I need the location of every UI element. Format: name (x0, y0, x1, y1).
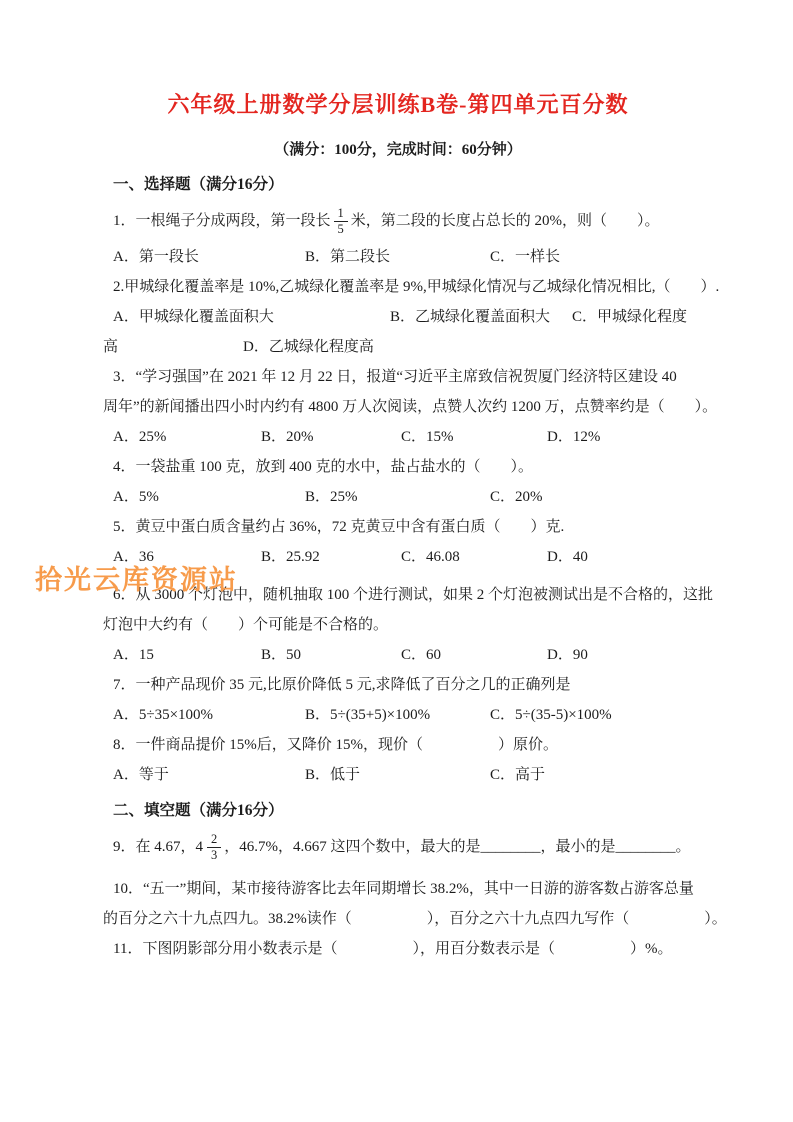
document-body: 六年级上册数学分层训练B卷-第四单元百分数 （满分：100分，完成时间：60分钟… (0, 0, 793, 1122)
q3-option-b: B．20% (261, 422, 401, 452)
q5-option-d: D．40 (547, 542, 693, 572)
question-3-options: A．25% B．20% C．15% D．12% (103, 422, 693, 452)
question-10-text-line2: 的百分之六十九点四九。38.2%读作（ ），百分之六十九点四九写作（ ）。 (103, 904, 693, 934)
question-4-options: A．5% B．25% C．20% (103, 482, 693, 512)
q4-option-c: C．20% (490, 482, 693, 512)
question-8-options: A．等于 B．低于 C．高于 (103, 760, 693, 790)
q6-option-b: B．50 (261, 640, 401, 670)
question-3-text-line1: 3．“学习强国”在 2021 年 12 月 22 日，报道“习近平主席致信祝贺厦… (103, 362, 693, 392)
page-title: 六年级上册数学分层训练B卷-第四单元百分数 (103, 90, 693, 120)
q5-option-a: A．36 (113, 542, 261, 572)
q8-option-a: A．等于 (113, 760, 305, 790)
q7-option-a: A．5÷35×100% (113, 700, 305, 730)
q4-option-b: B．25% (305, 482, 490, 512)
q8-option-b: B．低于 (305, 760, 490, 790)
q1-text-pre: 1．一根绳子分成两段，第一段长 (113, 206, 331, 236)
q6-option-c: C．60 (401, 640, 547, 670)
question-1-options: A．第一段长 B．第二段长 C．一样长 (103, 242, 693, 272)
q3-option-c: C．15% (401, 422, 547, 452)
q1-option-c: C．一样长 (490, 242, 693, 272)
question-3-text-line2: 周年”的新闻播出四小时内约有 4800 万人次阅读，点赞人次约 1200 万，点… (103, 392, 693, 422)
exam-info-line: （满分：100分，完成时间：60分钟） (103, 138, 693, 162)
q1-fraction-denominator: 5 (334, 222, 348, 236)
q1-fraction: 1 5 (334, 206, 348, 236)
question-2-options-line2: 高 D．乙城绿化程度高 (103, 332, 693, 362)
q9-fraction-numerator: 2 (207, 832, 221, 847)
q5-option-c: C．46.08 (401, 542, 547, 572)
question-6-options: A．15 B．50 C．60 D．90 (103, 640, 693, 670)
q7-option-b: B．5÷(35+5)×100% (305, 700, 490, 730)
q2-option-b: B．乙城绿化覆盖面积大 (390, 302, 572, 332)
q2-option-d: D．乙城绿化程度高 (243, 332, 374, 362)
question-6-text-line2: 灯泡中大约有（ ）个可能是不合格的。 (103, 610, 693, 640)
question-2-options-line1: A．甲城绿化覆盖面积大 B．乙城绿化覆盖面积大 C．甲城绿化程度 (103, 302, 693, 332)
question-2-text: 2.甲城绿化覆盖率是 10%,乙城绿化覆盖率是 9%,甲城绿化情况与乙城绿化情况… (103, 272, 693, 302)
q6-option-d: D．90 (547, 640, 693, 670)
question-5-text: 5．黄豆中蛋白质含量约占 36%，72 克黄豆中含有蛋白质（ ）克. (103, 512, 693, 542)
q6-option-a: A．15 (113, 640, 261, 670)
q3-option-a: A．25% (113, 422, 261, 452)
question-7-options: A．5÷35×100% B．5÷(35+5)×100% C．5÷(35-5)×1… (103, 700, 693, 730)
question-6-text-line1: 6．从 3000 个灯泡中，随机抽取 100 个进行测试，如果 2 个灯泡被测试… (103, 580, 693, 610)
q1-option-b: B．第二段长 (305, 242, 490, 272)
question-1-text: 1．一根绳子分成两段，第一段长 1 5 米，第二段的长度占总长的 20%，则（ … (103, 200, 693, 242)
question-9-text: 9．在 4.67， 4 2 3 ，46.7%，4.667 这四个数中，最大的是_… (103, 826, 693, 868)
section-1-heading: 一、选择题（满分16分） (103, 170, 693, 200)
q5-option-b: B．25.92 (261, 542, 401, 572)
q2-option-c-cont: 高 (103, 332, 243, 362)
q8-option-c: C．高于 (490, 760, 693, 790)
q2-option-a: A．甲城绿化覆盖面积大 (113, 302, 390, 332)
question-7-text: 7．一种产品现价 35 元,比原价降低 5 元,求降低了百分之几的正确列是 (103, 670, 693, 700)
q1-option-a: A．第一段长 (113, 242, 305, 272)
q2-option-c: C．甲城绿化程度 (572, 302, 687, 332)
question-4-text: 4．一袋盐重 100 克，放到 400 克的水中，盐占盐水的（ ）。 (103, 452, 693, 482)
q4-option-a: A．5% (113, 482, 305, 512)
q9-text-post: ，46.7%，4.667 这四个数中，最大的是________，最小的是____… (224, 832, 690, 862)
q9-mixed-whole: 4 (196, 832, 204, 862)
q1-text-post: 米，第二段的长度占总长的 20%，则（ ）。 (351, 206, 660, 236)
q3-option-d: D．12% (547, 422, 693, 452)
q9-fraction: 2 3 (207, 832, 221, 862)
question-5-options: A．36 B．25.92 C．46.08 D．40 (103, 542, 693, 572)
q1-fraction-numerator: 1 (334, 206, 348, 221)
worksheet-page: 拾光云库资源站 六年级上册数学分层训练B卷-第四单元百分数 （满分：100分，完… (0, 0, 793, 1122)
q9-text-pre: 9．在 4.67， (113, 832, 196, 862)
q9-fraction-denominator: 3 (207, 848, 221, 862)
question-11-text: 11．下图阴影部分用小数表示是（ ），用百分数表示是（ ）%。 (103, 934, 693, 964)
question-8-text: 8．一件商品提价 15%后，又降价 15%，现价（ ）原价。 (103, 730, 693, 760)
q7-option-c: C．5÷(35-5)×100% (490, 700, 693, 730)
question-10-text-line1: 10．“五一”期间，某市接待游客比去年同期增长 38.2%，其中一日游的游客数占… (103, 874, 693, 904)
section-2-heading: 二、填空题（满分16分） (103, 796, 693, 826)
